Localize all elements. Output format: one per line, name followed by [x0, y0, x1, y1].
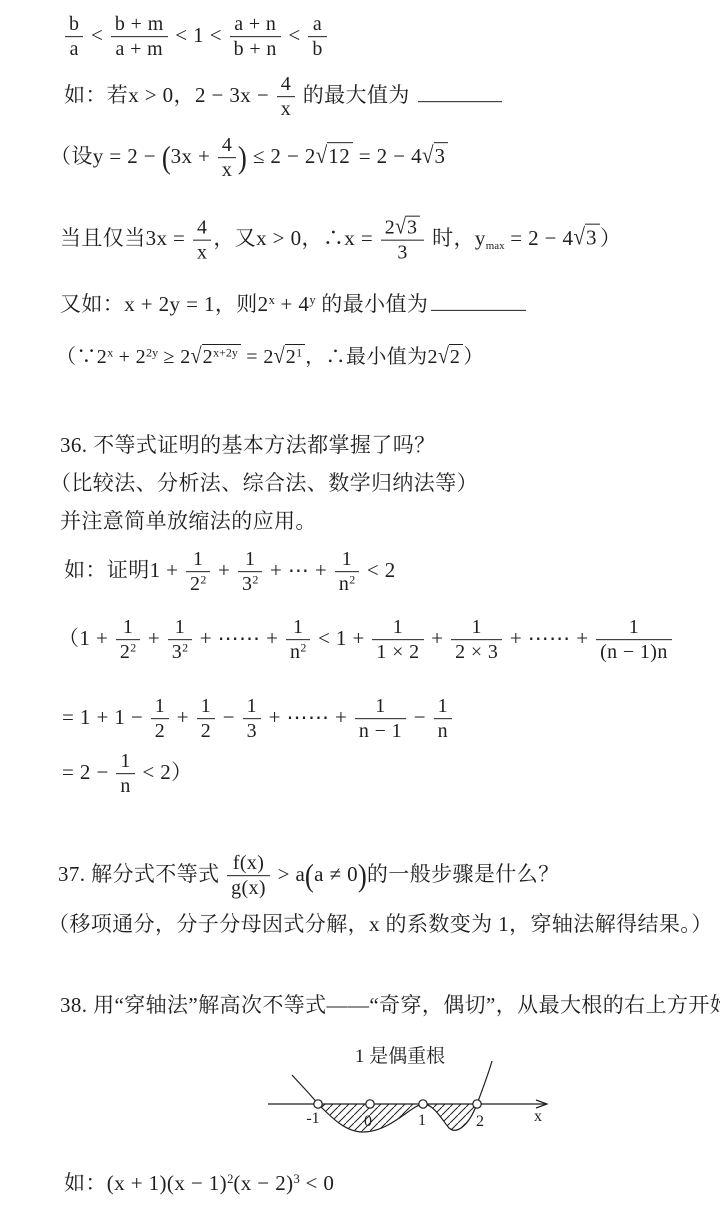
fraction-numerator: 1	[197, 695, 215, 719]
fraction: b + ma + m	[111, 13, 168, 61]
math-text: (n − 1)n	[600, 642, 668, 664]
radicand: 3	[585, 224, 600, 251]
math-text: < 2	[361, 558, 395, 582]
document-page: ba < b + ma + m < 1 < a + nb + n < ab如：若…	[0, 0, 720, 1218]
math-text: < 1 +	[312, 626, 370, 650]
superscript: 1	[296, 345, 302, 359]
math-text: + ⋯⋯ +	[263, 705, 353, 729]
math-text: 36. 不等式证明的基本方法都掌握了吗？	[60, 433, 436, 457]
math-text: 时，y	[426, 226, 485, 250]
radical-sign-icon: √	[191, 343, 202, 371]
math-text: ，∴最小值为2	[305, 346, 438, 368]
superscript: 2	[182, 641, 188, 655]
math-text: 如：若x > 0，2 − 3x −	[64, 83, 275, 107]
fraction-numerator: 1	[335, 548, 359, 572]
math-text: 1 × 2	[376, 642, 419, 664]
fraction-numerator: 1	[372, 616, 423, 640]
math-text: b + m	[115, 13, 164, 35]
math-text: < 1 <	[170, 23, 228, 47]
answer-blank	[418, 83, 502, 102]
math-text: 1	[123, 616, 133, 638]
fraction-numerator: 1	[186, 548, 210, 572]
math-text: n − 1	[359, 721, 402, 743]
root-marker-1	[419, 1100, 427, 1108]
fraction-numerator: f(x)	[227, 852, 270, 876]
fraction-denominator: b + n	[230, 38, 281, 61]
fraction-numerator: 1	[116, 750, 134, 774]
fraction: 2√33	[381, 216, 425, 265]
radical-sign-icon: √	[395, 215, 406, 240]
square-root: √12	[316, 144, 353, 168]
big-paren: )	[358, 856, 367, 895]
math-text: x	[222, 160, 232, 182]
fraction-numerator: 1	[116, 616, 140, 640]
math-text: 3	[435, 144, 446, 168]
example-min-value: 又如：x + 2y = 1，则2x + 4y 的最小值为	[60, 291, 526, 317]
proof-statement: 如：证明1 + 122 + 132 + ⋯ + 1n2 < 2	[64, 548, 396, 596]
math-text: 3	[172, 642, 182, 664]
fraction: 1n	[116, 750, 134, 798]
big-paren: )	[238, 138, 247, 177]
fraction-denominator: a + m	[111, 38, 168, 61]
proof-step-2: = 1 + 1 − 12 + 12 − 13 + ⋯⋯ + 1n − 1 − 1…	[62, 695, 454, 743]
fraction: 132	[238, 548, 262, 596]
fraction: ab	[308, 13, 326, 61]
fraction-numerator: 1	[355, 695, 406, 719]
math-text: +	[426, 626, 450, 650]
superscript: 2	[300, 641, 306, 655]
math-text: 1	[175, 616, 185, 638]
math-text: 1	[393, 616, 403, 638]
math-text: 4	[281, 73, 291, 95]
math-text: = 1 + 1 −	[62, 705, 149, 729]
math-text: 3x +	[171, 144, 216, 168]
fraction: 122	[116, 616, 140, 664]
math-text: +	[212, 558, 236, 582]
big-paren: (	[162, 138, 171, 177]
fraction-denominator: b	[308, 38, 326, 61]
math-text: 1	[629, 616, 639, 638]
question-36-note: 并注意简单放缩法的应用。	[60, 508, 317, 534]
math-text: 1	[120, 750, 130, 772]
math-text: 1	[247, 695, 257, 717]
math-text: 2	[120, 642, 130, 664]
superscript: 2	[130, 641, 136, 655]
math-text: + ⋯⋯ +	[504, 626, 594, 650]
radical-sign-icon: √	[573, 222, 585, 251]
math-text: n	[290, 642, 300, 664]
fraction-denominator: x	[193, 241, 211, 264]
fraction-denominator: a	[65, 38, 83, 61]
big-paren: (	[305, 856, 314, 895]
radical-sign-icon: √	[316, 140, 328, 169]
math-text: 2	[155, 721, 165, 743]
math-text: 并注意简单放缩法的应用。	[60, 509, 317, 533]
math-text: 1	[471, 616, 481, 638]
math-text: < 2）	[137, 760, 193, 784]
math-text: +	[171, 705, 195, 729]
fraction: 122	[186, 548, 210, 596]
fraction-numerator: a + n	[230, 13, 281, 37]
fraction-numerator: 1	[596, 616, 672, 640]
fraction: a + nb + n	[230, 13, 281, 61]
math-text: 1	[193, 548, 203, 570]
question-36-methods: （比较法、分析法、综合法、数学归纳法等）	[50, 470, 478, 496]
radicand: 21	[285, 344, 305, 370]
fraction-numerator: 1	[238, 548, 262, 572]
radical-sign-icon: √	[438, 343, 449, 371]
fraction-denominator: x	[218, 159, 236, 182]
math-text: n	[120, 776, 130, 798]
fraction-denominator: x	[277, 98, 295, 121]
math-text: 37. 解分式不等式	[58, 862, 225, 886]
example-max-value: 如：若x > 0，2 − 3x − 4x 的最大值为	[64, 73, 502, 121]
root-marker-neg1	[314, 1100, 322, 1108]
sign-chart-figure: 1 是偶重根 -1 0 1 2 x	[250, 1035, 560, 1160]
math-text: 1	[293, 616, 303, 638]
math-text: 1	[155, 695, 165, 717]
math-text: x	[197, 242, 207, 264]
math-text: 2	[385, 217, 395, 239]
fraction-numerator: 4	[218, 134, 236, 158]
fraction: ba	[65, 13, 83, 61]
math-text: 4	[197, 216, 207, 238]
fraction-denominator: 2 × 3	[451, 641, 502, 664]
math-text: a	[70, 39, 79, 61]
fraction-denominator: 22	[186, 573, 210, 596]
fraction: 1n	[434, 695, 452, 743]
math-text: 2	[286, 346, 296, 368]
superscript: 2	[349, 573, 355, 587]
tick-label-1: 1	[418, 1112, 426, 1129]
fraction-denominator: 1 × 2	[372, 641, 423, 664]
example-polynomial-inequality: 如：(x + 1)(x − 1)2(x − 2)3 < 0	[64, 1170, 334, 1196]
math-text: 3	[586, 226, 597, 250]
fraction-denominator: n2	[286, 641, 310, 664]
fraction: 13	[243, 695, 261, 743]
math-text: + ⋯ +	[264, 558, 333, 582]
math-text: （比较法、分析法、综合法、数学归纳法等）	[50, 471, 478, 495]
question-37: 37. 解分式不等式 f(x)g(x) > a(a ≠ 0)的一般步骤是什么？	[58, 852, 560, 900]
square-root: √2x+2y	[191, 346, 241, 368]
square-root: √3	[573, 226, 599, 250]
fraction-numerator: a	[308, 13, 326, 37]
fraction: 1n − 1	[355, 695, 406, 743]
math-text: = 2 −	[62, 760, 114, 784]
math-text: a ≠ 0	[314, 862, 358, 886]
math-text: g(x)	[231, 878, 266, 900]
math-text: 的最大值为	[297, 83, 415, 107]
equality-condition: 当且仅当3x = 4x，又x > 0，∴x = 2√33 时，ymax = 2 …	[60, 216, 621, 265]
root-marker-2	[473, 1100, 481, 1108]
math-text: 1	[201, 695, 211, 717]
superscript: 2	[200, 573, 206, 587]
math-text: 4	[222, 134, 232, 156]
math-text: a + n	[234, 13, 276, 35]
radicand: 3	[434, 142, 449, 169]
axis-label-x: x	[534, 1108, 542, 1125]
math-text: 1	[438, 695, 448, 717]
superscript: x+2y	[213, 345, 238, 359]
superscript: 2y	[146, 345, 158, 359]
math-text: 12	[328, 144, 350, 168]
fraction-numerator: 1	[151, 695, 169, 719]
fraction-denominator: 3	[381, 241, 425, 264]
math-text: (x − 2)	[233, 1171, 293, 1195]
math-text: = 2 − 4	[505, 226, 574, 250]
tick-label-2: 2	[476, 1113, 484, 1130]
subscript: max	[486, 240, 505, 252]
square-root: √3	[422, 144, 448, 168]
square-root: √2	[438, 346, 463, 368]
math-text: ）	[463, 346, 483, 368]
math-text: = 2 − 4	[353, 144, 422, 168]
math-text: 如：(x + 1)(x − 1)	[64, 1171, 227, 1195]
math-text: 又如：x + 2y = 1，则2	[60, 292, 269, 316]
fraction: 132	[168, 616, 192, 664]
math-text: 如：证明1 +	[64, 558, 184, 582]
solution-setup: （设y = 2 − (3x + 4x) ≤ 2 − 2√12 = 2 − 4√3	[50, 134, 448, 182]
fraction: f(x)g(x)	[227, 852, 270, 900]
math-text: + ⋯⋯ +	[194, 626, 284, 650]
fraction-numerator: 4	[277, 73, 295, 97]
fraction: 12	[151, 695, 169, 743]
radicand: 2	[449, 344, 463, 370]
fraction-denominator: (n − 1)n	[596, 641, 672, 664]
math-text: 2 × 3	[455, 642, 498, 664]
math-text: +	[142, 626, 166, 650]
fraction-numerator: 1	[286, 616, 310, 640]
question-37-answer: （移项通分，分子分母因式分解，x 的系数变为 1，穿轴法解得结果。）	[48, 911, 713, 937]
fraction: 4x	[193, 216, 211, 264]
fraction-denominator: 2	[197, 720, 215, 743]
math-text: ，又x > 0，∴x =	[213, 226, 378, 250]
question-36: 36. 不等式证明的基本方法都掌握了吗？	[60, 432, 436, 458]
fraction-denominator: 32	[168, 641, 192, 664]
fraction-numerator: 1	[434, 695, 452, 719]
fraction-numerator: 2√3	[381, 216, 425, 241]
fraction-denominator: n	[116, 775, 134, 798]
fraction-denominator: 22	[116, 641, 140, 664]
math-text: 1	[375, 695, 385, 717]
math-text: （设y = 2 −	[50, 144, 162, 168]
proof-step-3: = 2 − 1n < 2）	[62, 750, 193, 798]
math-text: b	[69, 13, 79, 35]
fraction-denominator: n2	[335, 573, 359, 596]
fraction-denominator: n	[434, 720, 452, 743]
fraction: 4x	[218, 134, 236, 182]
fraction: 1n2	[335, 548, 359, 596]
answer-blank	[431, 292, 526, 311]
tick-label-neg1: -1	[306, 1110, 319, 1127]
shaded-region-right	[423, 1104, 477, 1130]
math-text: −	[217, 705, 241, 729]
tick-label-0: 0	[364, 1113, 372, 1130]
fraction-numerator: 1	[168, 616, 192, 640]
math-text: 38. 用“穿轴法”解高次不等式——“奇穿，偶切”，从最大根的右上方开始	[60, 993, 720, 1017]
math-text: 3	[407, 217, 417, 239]
math-text: 2	[201, 721, 211, 743]
fraction: 1n2	[286, 616, 310, 664]
math-text: < 0	[300, 1171, 334, 1195]
fraction-numerator: b + m	[111, 13, 168, 37]
math-text: = 2	[241, 346, 274, 368]
math-text: + 4	[275, 292, 309, 316]
fraction-numerator: b	[65, 13, 83, 37]
math-text: 3	[242, 574, 252, 596]
fraction: 1(n − 1)n	[596, 616, 672, 664]
math-text: 3	[397, 242, 407, 264]
fraction-numerator: 1	[243, 695, 261, 719]
math-text: ≤ 2 − 2	[247, 144, 316, 168]
math-text: ≥ 2	[158, 346, 191, 368]
radicand: 2x+2y	[202, 344, 241, 370]
fraction-denominator: 3	[243, 720, 261, 743]
fraction-denominator: 32	[238, 573, 262, 596]
square-root: √21	[274, 346, 305, 368]
math-text: n	[339, 574, 349, 596]
proof-step-1: （1 + 122 + 132 + ⋯⋯ + 1n2 < 1 + 11 × 2 +…	[58, 616, 674, 664]
fraction: 11 × 2	[372, 616, 423, 664]
math-text: 当且仅当3x =	[60, 226, 191, 250]
math-text: + 2	[113, 346, 146, 368]
math-text: （移项通分，分子分母因式分解，x 的系数变为 1，穿轴法解得结果。）	[48, 912, 713, 936]
math-text: （1 +	[58, 626, 114, 650]
radical-sign-icon: √	[422, 140, 434, 169]
math-text: n	[438, 721, 448, 743]
fraction-denominator: 2	[151, 720, 169, 743]
math-text: 的一般步骤是什么？	[367, 862, 560, 886]
fraction: 12	[197, 695, 215, 743]
origin-marker	[366, 1100, 374, 1108]
superscript: 2	[252, 573, 258, 587]
fraction-numerator: 4	[193, 216, 211, 240]
math-text: f(x)	[233, 852, 265, 874]
math-text: x	[281, 99, 291, 121]
math-text: 的最小值为	[316, 292, 429, 316]
fraction-numerator: 1	[451, 616, 502, 640]
inequality-chain-formula: ba < b + ma + m < 1 < a + nb + n < ab	[63, 13, 329, 61]
square-root: √3	[395, 217, 420, 239]
math-text: b + n	[234, 39, 277, 61]
math-text: 1	[245, 548, 255, 570]
math-text: b	[312, 39, 322, 61]
fraction: 12 × 3	[451, 616, 502, 664]
figure-title: 1 是偶重根	[355, 1045, 445, 1067]
fraction-denominator: n − 1	[355, 720, 406, 743]
math-text: 2	[203, 346, 213, 368]
radicand: 12	[327, 142, 353, 169]
math-text: <	[85, 23, 109, 47]
fraction: 4x	[277, 73, 295, 121]
math-text: （∵2	[56, 346, 107, 368]
radical-sign-icon: √	[274, 343, 285, 371]
question-38: 38. 用“穿轴法”解高次不等式——“奇穿，偶切”，从最大根的右上方开始	[60, 992, 720, 1018]
radicand: 3	[406, 216, 420, 239]
math-text: <	[283, 23, 307, 47]
math-text: 3	[247, 721, 257, 743]
math-text: 2	[190, 574, 200, 596]
min-value-solution: （∵2x + 22y ≥ 2√2x+2y = 2√21，∴最小值为2√2）	[56, 344, 484, 370]
math-text: 1	[342, 548, 352, 570]
math-text: a	[313, 13, 322, 35]
math-text: a + m	[115, 39, 163, 61]
math-text: ）	[600, 226, 621, 250]
fraction-denominator: g(x)	[227, 877, 270, 900]
math-text: 2	[450, 346, 460, 368]
math-text: −	[408, 705, 432, 729]
math-text: > a	[272, 862, 305, 886]
